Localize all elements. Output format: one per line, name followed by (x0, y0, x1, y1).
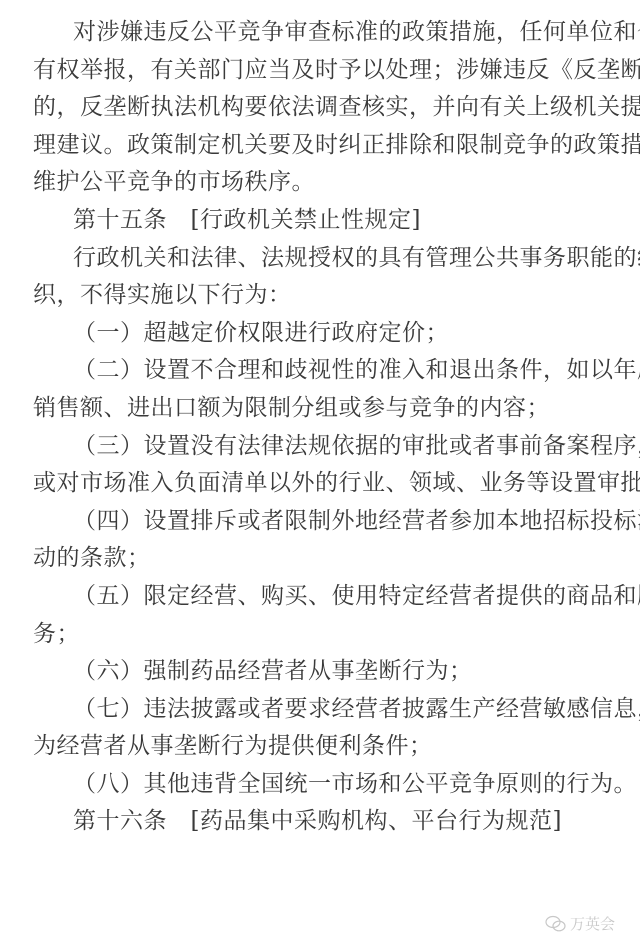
text-line: 第十六条 [药品集中采购机构、平台行为规范] (33, 803, 605, 841)
text-line: （二）设置不合理和歧视性的准入和退出条件，如以年度 (33, 352, 605, 390)
text-line: （一）超越定价权限进行政府定价； (33, 315, 605, 353)
text-line: 理建议。政策制定机关要及时纠正排除和限制竞争的政策措施， (33, 127, 605, 165)
watermark: 万英会 (545, 913, 615, 934)
text-line: （七）违法披露或者要求经营者披露生产经营敏感信息， (33, 691, 605, 729)
text-line: 的，反垄断执法机构要依法调查核实，并向有关上级机关提出处 (33, 89, 605, 127)
text-line: 为经营者从事垄断行为提供便利条件； (33, 728, 605, 766)
document-page: 对涉嫌违反公平竞争审查标准的政策措施，任何单位和个人有权举报，有关部门应当及时予… (33, 14, 605, 841)
text-line: 行政机关和法律、法规授权的具有管理公共事务职能的组 (33, 240, 605, 278)
text-line: 对涉嫌违反公平竞争审查标准的政策措施，任何单位和个人 (33, 14, 605, 52)
text-line: 或对市场准入负面清单以外的行业、领域、业务等设置审批程序； (33, 465, 605, 503)
text-line: 有权举报，有关部门应当及时予以处理；涉嫌违反《反垄断法》 (33, 52, 605, 90)
text-line: 动的条款； (33, 540, 605, 578)
text-line: （五）限定经营、购买、使用特定经营者提供的商品和服 (33, 578, 605, 616)
text-line: （八）其他违背全国统一市场和公平竞争原则的行为。 (33, 766, 605, 804)
text-line: 第十五条 [行政机关禁止性规定] (33, 202, 605, 240)
watermark-text: 万英会 (570, 913, 615, 934)
text-line: （四）设置排斥或者限制外地经营者参加本地招标投标活 (33, 503, 605, 541)
text-line: 务； (33, 616, 605, 654)
text-line: （六）强制药品经营者从事垄断行为； (33, 653, 605, 691)
wechat-icon (545, 915, 567, 933)
text-line: 织，不得实施以下行为： (33, 277, 605, 315)
text-line: （三）设置没有法律法规依据的审批或者事前备案程序， (33, 428, 605, 466)
text-line: 维护公平竞争的市场秩序。 (33, 164, 605, 202)
text-line: 销售额、进出口额为限制分组或参与竞争的内容； (33, 390, 605, 428)
